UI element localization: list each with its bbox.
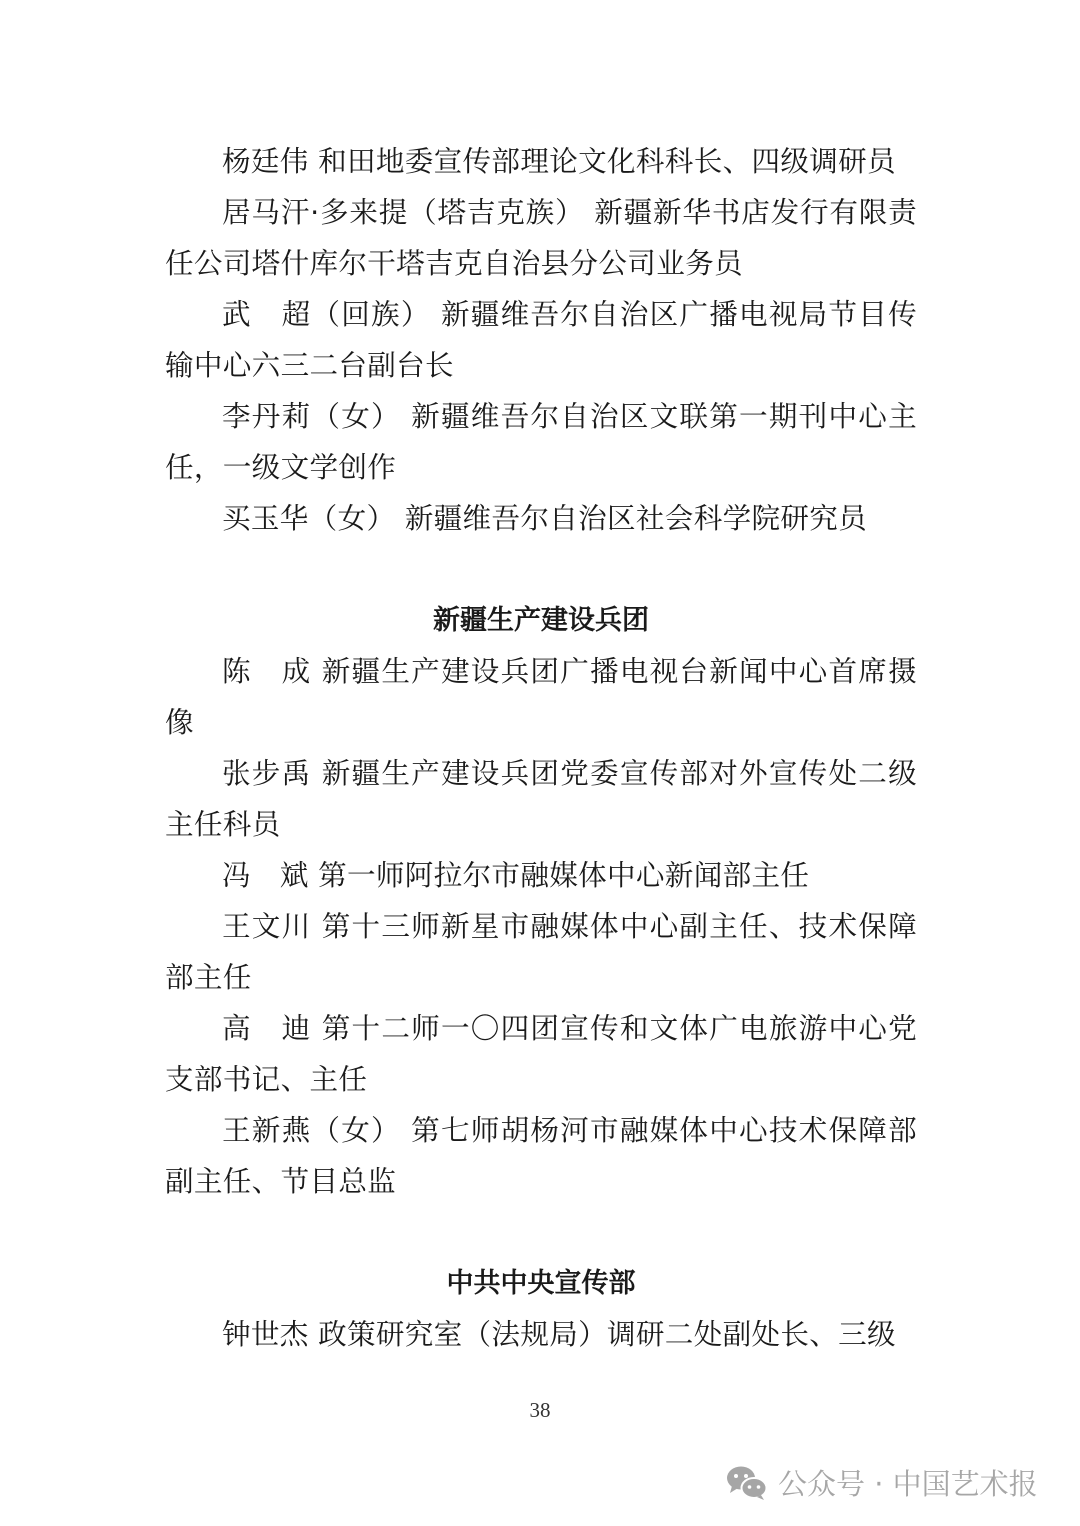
entry-feng-bin: 冯 斌 第一师阿拉尔市融媒体中心新闻部主任 xyxy=(165,850,917,901)
section-gap xyxy=(165,1207,917,1258)
entry-jumahan: 居马汗·多来提（塔吉克族） 新疆新华书店发行有限责任公司塔什库尔干塔吉克自治县分… xyxy=(165,187,917,289)
document-page: 杨廷伟 和田地委宣传部理论文化科科长、四级调研员 居马汗·多来提（塔吉克族） 新… xyxy=(165,136,917,1360)
entry-gao-di: 高 迪 第十二师一〇四团宣传和文体广电旅游中心党支部书记、主任 xyxy=(165,1003,917,1105)
entry-zhang-buyu: 张步禹 新疆生产建设兵团党委宣传部对外宣传处二级主任科员 xyxy=(165,748,917,850)
entry-zhong-shijie: 钟世杰 政策研究室（法规局）调研二处副处长、三级 xyxy=(165,1309,917,1360)
entry-li-danli: 李丹莉（女） 新疆维吾尔自治区文联第一期刊中心主任，一级文学创作 xyxy=(165,391,917,493)
watermark-text: 公众号 · 中国艺术报 xyxy=(778,1462,1038,1503)
section-gap xyxy=(165,544,917,595)
entry-wang-wenchuan: 王文川 第十三师新星市融媒体中心副主任、技术保障部主任 xyxy=(165,901,917,1003)
wechat-icon xyxy=(726,1465,768,1501)
entry-wang-xinyan: 王新燕（女） 第七师胡杨河市融媒体中心技术保障部副主任、节目总监 xyxy=(165,1105,917,1207)
page-number: 38 xyxy=(0,1398,1080,1423)
entry-wu-chao: 武 超（回族） 新疆维吾尔自治区广播电视局节目传输中心六三二台副台长 xyxy=(165,289,917,391)
section-title-bingtuan: 新疆生产建设兵团 xyxy=(165,595,917,646)
section-title-propaganda: 中共中央宣传部 xyxy=(165,1258,917,1309)
entry-mai-yuhua: 买玉华（女） 新疆维吾尔自治区社会科学院研究员 xyxy=(165,493,917,544)
entry-yang-tingwei: 杨廷伟 和田地委宣传部理论文化科科长、四级调研员 xyxy=(165,136,917,187)
watermark: 公众号 · 中国艺术报 xyxy=(726,1462,1038,1503)
entry-chen-cheng: 陈 成 新疆生产建设兵团广播电视台新闻中心首席摄像 xyxy=(165,646,917,748)
